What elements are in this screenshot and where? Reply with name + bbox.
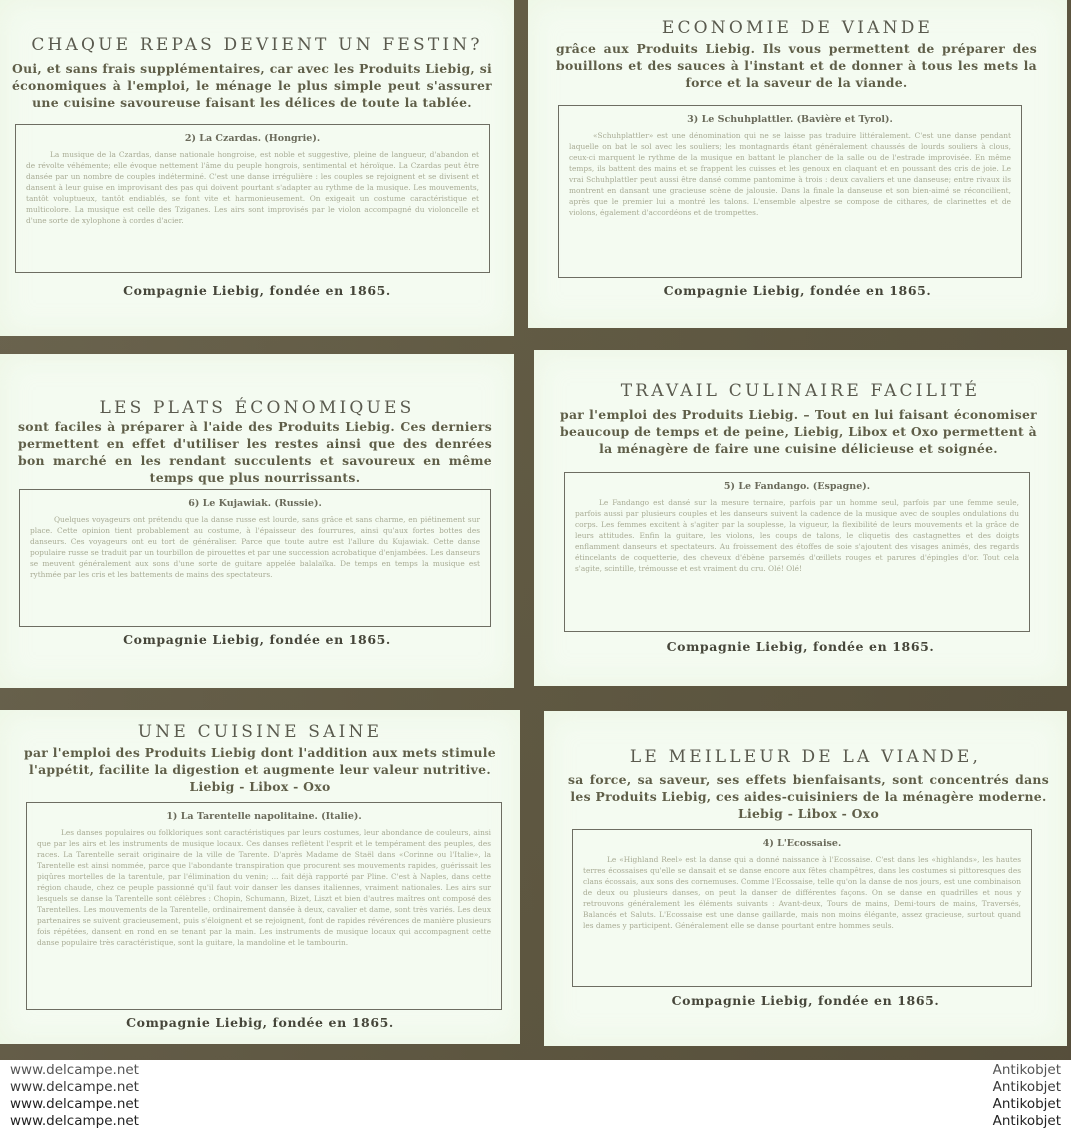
- dance-heading: 2) La Czardas. (Hongrie).: [26, 133, 479, 144]
- liebig-card-tarentelle: UNE CUISINE SAINE par l'emploi des Produ…: [0, 710, 520, 1044]
- watermark-line: Antikobjet: [993, 1096, 1061, 1113]
- dance-description-box: 1) La Tarentelle napolitaine. (Italie). …: [26, 802, 502, 1010]
- dance-description-box: 6) Le Kujawiak. (Russie). Quelques voyag…: [19, 489, 491, 627]
- card-intro: par l'emploi des Produits Liebig. – Tout…: [560, 406, 1037, 457]
- scanned-cards-backdrop: CHAQUE REPAS DEVIENT UN FESTIN? Oui, et …: [0, 0, 1071, 1060]
- card-footer: Compagnie Liebig, fondée en 1865.: [0, 1015, 520, 1030]
- dance-heading: 3) Le Schuhplattler. (Bavière et Tyrol).: [569, 114, 1011, 125]
- card-title: TRAVAIL CULINAIRE FACILITÉ: [534, 381, 1067, 401]
- card-footer: Compagnie Liebig, fondée en 1865.: [544, 993, 1067, 1008]
- dance-text: Les danses populaires ou folkloriques so…: [37, 827, 491, 948]
- watermark-line: Antikobjet: [993, 1062, 1061, 1079]
- dance-heading: 1) La Tarentelle napolitaine. (Italie).: [37, 811, 491, 822]
- card-title: ECONOMIE DE VIANDE: [528, 18, 1067, 38]
- card-footer: Compagnie Liebig, fondée en 1865.: [0, 283, 514, 298]
- dance-heading: 4) L'Ecossaise.: [583, 838, 1021, 849]
- card-intro-text: sont faciles à préparer à l'aide des Pro…: [18, 419, 492, 485]
- watermark-delcampe: www.delcampe.net www.delcampe.net www.de…: [10, 1062, 139, 1130]
- card-title: LE MEILLEUR DE LA VIANDE,: [544, 747, 1067, 767]
- card-intro-text: grâce aux Produits Liebig. Ils vous perm…: [556, 41, 1037, 90]
- card-title: CHAQUE REPAS DEVIENT UN FESTIN?: [0, 35, 514, 55]
- watermark-line: www.delcampe.net: [10, 1062, 139, 1079]
- watermark-line: Antikobjet: [993, 1079, 1061, 1096]
- card-intro-text: par l'emploi des Produits Liebig. – Tout…: [560, 407, 1037, 456]
- liebig-card-schuhplattler: ECONOMIE DE VIANDE grâce aux Produits Li…: [528, 0, 1067, 328]
- liebig-card-kujawiak: LES PLATS ÉCONOMIQUES sont faciles à pré…: [0, 354, 514, 688]
- watermark-line: www.delcampe.net: [10, 1079, 139, 1096]
- card-intro: sa force, sa saveur, ses effets bienfais…: [568, 771, 1049, 822]
- card-footer: Compagnie Liebig, fondée en 1865.: [0, 632, 514, 647]
- card-intro: grâce aux Produits Liebig. Ils vous perm…: [556, 40, 1037, 91]
- dance-description-box: 4) L'Ecossaise. Le «Highland Reel» est l…: [572, 829, 1032, 987]
- dance-text: Le «Highland Reel» est la danse qui a do…: [583, 854, 1021, 931]
- card-brands: Liebig - Libox - Oxo: [24, 778, 496, 795]
- dance-text: «Schuhplattler» est une dénomination qui…: [569, 130, 1011, 218]
- card-title: UNE CUISINE SAINE: [0, 722, 520, 742]
- watermark-antikobjet: Antikobjet Antikobjet Antikobjet Antikob…: [993, 1062, 1061, 1130]
- dance-description-box: 5) Le Fandango. (Espagne). Le Fandango e…: [564, 472, 1030, 632]
- card-intro: Oui, et sans frais supplémentaires, car …: [12, 60, 492, 111]
- dance-description-box: 3) Le Schuhplattler. (Bavière et Tyrol).…: [558, 105, 1022, 278]
- dance-heading: 5) Le Fandango. (Espagne).: [575, 481, 1019, 492]
- dance-text: Quelques voyageurs ont prétendu que la d…: [30, 514, 480, 580]
- liebig-card-ecossaise: LE MEILLEUR DE LA VIANDE, sa force, sa s…: [544, 711, 1067, 1046]
- watermark-line: www.delcampe.net: [10, 1113, 139, 1130]
- dance-text: La musique de la Czardas, danse national…: [26, 149, 479, 226]
- watermark-line: Antikobjet: [993, 1113, 1061, 1130]
- card-title: LES PLATS ÉCONOMIQUES: [0, 398, 514, 418]
- card-brands: Liebig - Libox - Oxo: [568, 805, 1049, 822]
- card-footer: Compagnie Liebig, fondée en 1865.: [534, 639, 1067, 654]
- card-intro: sont faciles à préparer à l'aide des Pro…: [18, 418, 492, 486]
- card-intro: par l'emploi des Produits Liebig dont l'…: [24, 744, 496, 795]
- watermark-line: www.delcampe.net: [10, 1096, 139, 1113]
- dance-text: Le Fandango est dansé sur la mesure tern…: [575, 497, 1019, 574]
- card-intro-text: sa force, sa saveur, ses effets bienfais…: [568, 772, 1049, 804]
- dance-heading: 6) Le Kujawiak. (Russie).: [30, 498, 480, 509]
- card-intro-text: par l'emploi des Produits Liebig dont l'…: [24, 745, 496, 777]
- liebig-card-czardas: CHAQUE REPAS DEVIENT UN FESTIN? Oui, et …: [0, 0, 514, 336]
- dance-description-box: 2) La Czardas. (Hongrie). La musique de …: [15, 124, 490, 273]
- card-footer: Compagnie Liebig, fondée en 1865.: [528, 283, 1067, 298]
- liebig-card-fandango: TRAVAIL CULINAIRE FACILITÉ par l'emploi …: [534, 350, 1067, 686]
- card-intro-text: Oui, et sans frais supplémentaires, car …: [12, 61, 492, 110]
